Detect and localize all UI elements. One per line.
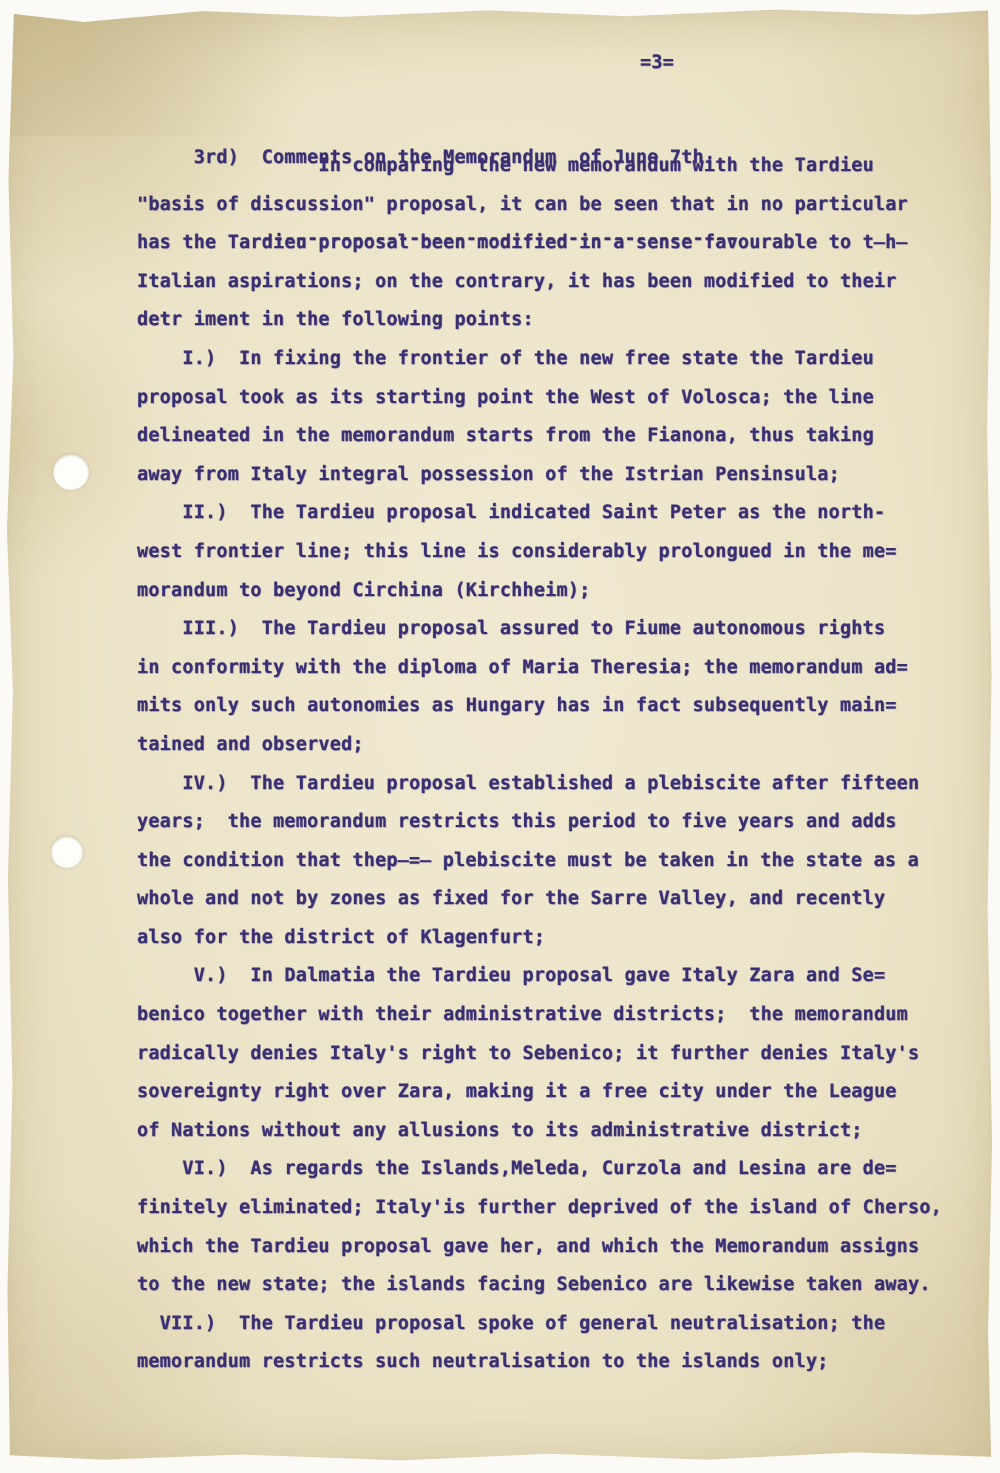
text-line: finitely eliminated; Italy'is further de…	[137, 1189, 942, 1228]
scan-background: =3= 3rd) Comments on the Memorandum of J…	[0, 0, 1000, 1473]
punch-hole-bottom	[51, 836, 83, 868]
text-line: radically denies Italy's right to Sebeni…	[137, 1035, 942, 1074]
punch-hole-top	[53, 454, 89, 490]
text-line: IV.) The Tardieu proposal established a …	[137, 765, 942, 804]
text-line: years; the memorandum restricts this per…	[137, 803, 942, 842]
text-line: proposal took as its starting point the …	[137, 379, 942, 418]
text-line: III.) The Tardieu proposal assured to Fi…	[137, 610, 942, 649]
text-line: of Nations without any allusions to its …	[137, 1112, 942, 1151]
text-line: has the Tardieu proposal been modified i…	[137, 224, 942, 263]
text-line: mits only such autonomies as Hungary has…	[137, 687, 942, 726]
text-line: tained and observed;	[137, 726, 942, 765]
text-line: also for the district of Klagenfurt;	[137, 919, 942, 958]
page-number: =3=	[640, 52, 674, 73]
paragraph: III.) The Tardieu proposal assured to Fi…	[137, 610, 942, 764]
text-line: benico together with their administrativ…	[137, 996, 942, 1035]
text-line: memorandum restricts such neutralisation…	[137, 1343, 942, 1382]
document-page: =3= 3rd) Comments on the Memorandum of J…	[5, 6, 994, 1464]
text-line: V.) In Dalmatia the Tardieu proposal gav…	[137, 957, 942, 996]
text-line: detr iment in the following points:	[137, 301, 942, 340]
text-line: the condition that thep̶=̶ plebiscite mu…	[137, 842, 942, 881]
text-line: west frontier line; this line is conside…	[137, 533, 942, 572]
text-line: I.) In fixing the frontier of the new fr…	[137, 340, 942, 379]
text-line: whole and not by zones as fixed for the …	[137, 880, 942, 919]
text-line: to the new state; the islands facing Seb…	[137, 1266, 942, 1305]
text-line: delineated in the memorandum starts from…	[137, 417, 942, 456]
text-line: sovereignty right over Zara, making it a…	[137, 1073, 942, 1112]
paragraph: I.) In fixing the frontier of the new fr…	[137, 340, 942, 494]
paragraph: VI.) As regards the Islands,Meleda, Curz…	[137, 1150, 942, 1382]
text-line: II.) The Tardieu proposal indicated Sain…	[137, 494, 942, 533]
paragraph: In comparing the new memorandum with the…	[137, 147, 942, 340]
text-line: Italian aspirations; on the contrary, it…	[137, 263, 942, 302]
document-body: In comparing the new memorandum with the…	[137, 147, 942, 1382]
text-line: which the Tardieu proposal gave her, and…	[137, 1228, 942, 1267]
text-line: "basis of discussion" proposal, it can b…	[137, 186, 942, 225]
paragraph: II.) The Tardieu proposal indicated Sain…	[137, 494, 942, 610]
text-line: VI.) As regards the Islands,Meleda, Curz…	[137, 1150, 942, 1189]
paragraph: V.) In Dalmatia the Tardieu proposal gav…	[137, 957, 942, 1150]
text-line: away from Italy integral possession of t…	[137, 456, 942, 495]
text-line: morandum to beyond Circhina (Kirchheim);	[137, 572, 942, 611]
text-line: VII.) The Tardieu proposal spoke of gene…	[137, 1305, 942, 1344]
paragraph: IV.) The Tardieu proposal established a …	[137, 765, 942, 958]
text-line: in conformity with the diploma of Maria …	[137, 649, 942, 688]
text-line: In comparing the new memorandum with the…	[137, 147, 942, 186]
